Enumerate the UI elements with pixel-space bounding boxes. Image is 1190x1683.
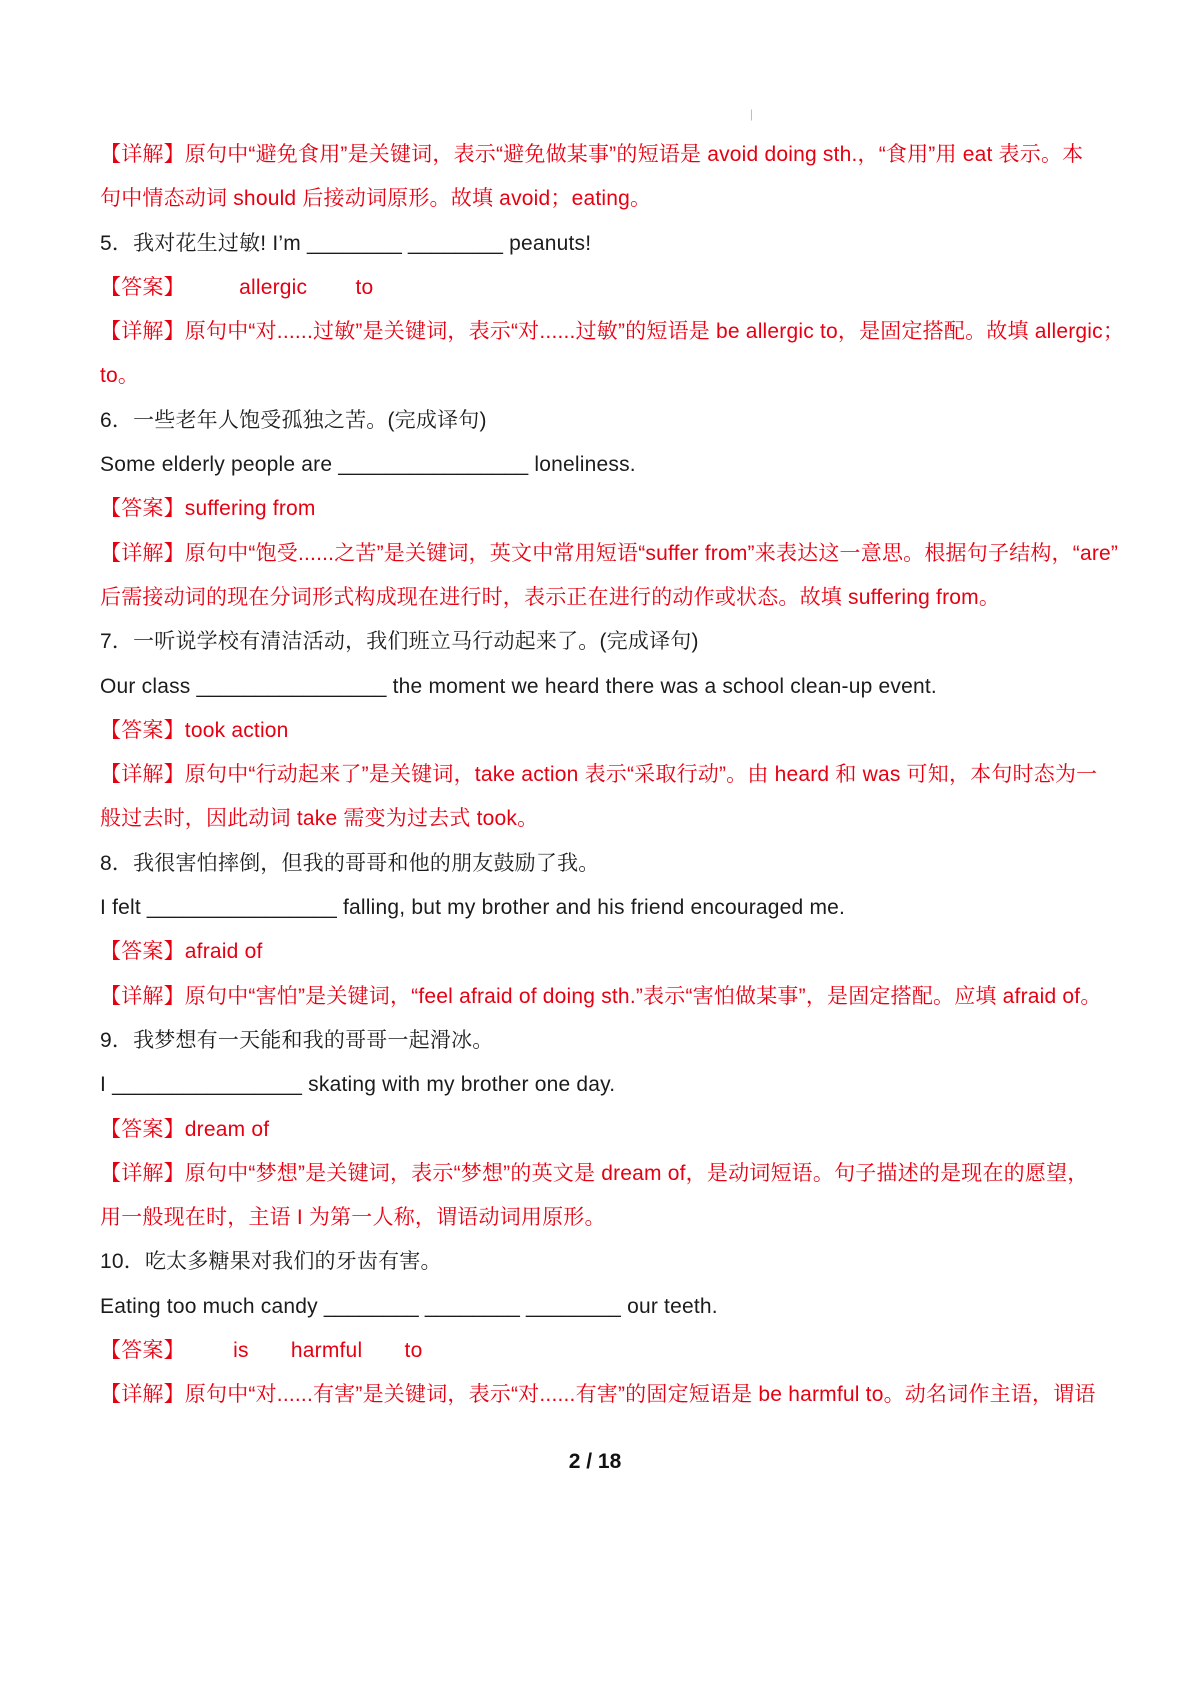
explanation-line: 【详解】原句中“行动起来了”是关键词，take action 表示“采取行动”。… <box>100 753 1100 797</box>
question-line: 9．我梦想有一天能和我的哥哥一起滑冰。 <box>100 1019 1100 1063</box>
answer-line: 【答案】dream of <box>100 1108 1100 1152</box>
explanation-line: 【详解】原句中“对......过敏”是关键词，表示“对......过敏”的短语是… <box>100 310 1100 354</box>
explanation-line: 句中情态动词 should 后接动词原形。故填 avoid；eating。 <box>100 177 1100 221</box>
document-page: | 【详解】原句中“避免食用”是关键词，表示“避免做某事”的短语是 avoid … <box>0 0 1190 1683</box>
sentence-line: Some elderly people are ________________… <box>100 443 1100 487</box>
answer-line: 【答案】 allergic to <box>100 266 1100 310</box>
explanation-line: 用一般现在时，主语 I 为第一人称，谓语动词用原形。 <box>100 1196 1100 1240</box>
question-line: 8．我很害怕摔倒，但我的哥哥和他的朋友鼓励了我。 <box>100 842 1100 886</box>
question-line: 7．一听说学校有清洁活动，我们班立马行动起来了。(完成译句) <box>100 620 1100 664</box>
sentence-line: Eating too much candy ________ ________ … <box>100 1285 1100 1329</box>
sentence-line: I felt ________________ falling, but my … <box>100 886 1100 930</box>
answer-line: 【答案】 is harmful to <box>100 1329 1100 1373</box>
explanation-line: 【详解】原句中“对......有害”是关键词，表示“对......有害”的固定短… <box>100 1373 1100 1417</box>
answer-line: 【答案】took action <box>100 709 1100 753</box>
explanation-line: 后需接动词的现在分词形式构成现在进行时，表示正在进行的动作或状态。故填 suff… <box>100 576 1100 620</box>
explanation-line: 【详解】原句中“梦想”是关键词，表示“梦想”的英文是 dream of，是动词短… <box>100 1152 1100 1196</box>
explanation-line: 【详解】原句中“害怕”是关键词，“feel afraid of doing st… <box>100 975 1100 1019</box>
explanation-line: 般过去时，因此动词 take 需变为过去式 took。 <box>100 797 1100 841</box>
explanation-line: 【详解】原句中“避免食用”是关键词，表示“避免做某事”的短语是 avoid do… <box>100 133 1100 177</box>
question-line: 5．我对花生过敏! I’m ________ ________ peanuts! <box>100 222 1100 266</box>
answer-line: 【答案】afraid of <box>100 930 1100 974</box>
text-cursor-artifact: | <box>750 106 753 122</box>
question-line: 6．一些老年人饱受孤独之苦。(完成译句) <box>100 399 1100 443</box>
answer-line: 【答案】suffering from <box>100 487 1100 531</box>
explanation-line: to。 <box>100 354 1100 398</box>
page-number: 2 / 18 <box>0 1450 1190 1474</box>
sentence-line: I ________________ skating with my broth… <box>100 1063 1100 1107</box>
explanation-line: 【详解】原句中“饱受......之苦”是关键词，英文中常用短语“suffer f… <box>100 532 1100 576</box>
document-body: 【详解】原句中“避免食用”是关键词，表示“避免做某事”的短语是 avoid do… <box>100 133 1100 1418</box>
question-line: 10．吃太多糖果对我们的牙齿有害。 <box>100 1240 1100 1284</box>
sentence-line: Our class ________________ the moment we… <box>100 665 1100 709</box>
